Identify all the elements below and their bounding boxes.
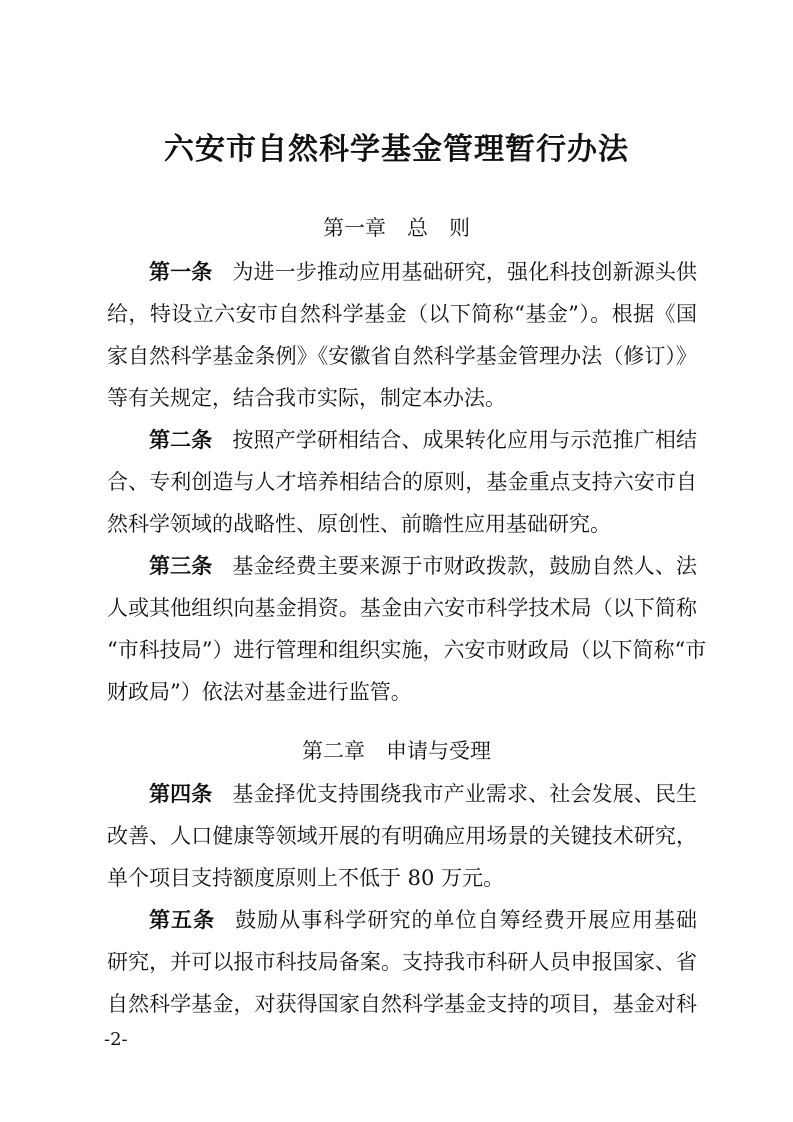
article-5-line-3: 自然科学基金，对获得国家自然科学基金支持的项目，基金对科 [107,988,697,1018]
article-5-line-2: 研究，并可以报市科技局备案。支持我市科研人员申报国家、省 [107,946,697,976]
article-label: 第四条 [149,782,212,806]
article-3-line-2: 人或其他组织向基金捐资。基金由六安市科学技术局（以下简称 [107,592,697,622]
article-5-line-1: 第五条鼓励从事科学研究的单位自筹经费开展应用基础 [149,904,697,934]
article-1-line-4: 等有关规定，结合我市实际，制定本办法。 [107,382,697,412]
article-text: 按照产学研相结合、成果转化应用与示范推广相结 [232,428,697,452]
document-title: 六安市自然科学基金管理暂行办法 [0,124,793,168]
article-2-line-1: 第二条按照产学研相结合、成果转化应用与示范推广相结 [149,424,697,454]
article-label: 第一条 [149,260,212,284]
article-3-line-1: 第三条基金经费主要来源于市财政拨款，鼓励自然人、法 [149,550,697,580]
article-label: 第五条 [149,908,215,932]
document-page: 六安市自然科学基金管理暂行办法 第一章 总 则 第一条为进一步推动应用基础研究，… [0,0,793,1122]
page-number: -2- [104,1029,128,1050]
article-label: 第二条 [149,428,212,452]
article-label: 第三条 [149,554,212,578]
chapter-heading-1: 第一章 总 则 [0,212,793,242]
article-1-line-2: 给，特设立六安市自然科学基金（以下简称“基金”）。根据《国 [107,298,697,328]
article-4-line-2: 改善、人口健康等领域开展的有明确应用场景的关键技术研究， [107,820,697,850]
article-2-line-2: 合、专利创造与人才培养相结合的原则，基金重点支持六安市自 [107,466,697,496]
article-text: 为进一步推动应用基础研究，强化科技创新源头供 [232,260,697,284]
article-text: 鼓励从事科学研究的单位自筹经费开展应用基础 [235,908,697,932]
article-text: 基金经费主要来源于市财政拨款，鼓励自然人、法 [232,554,697,578]
article-1-line-1: 第一条为进一步推动应用基础研究，强化科技创新源头供 [149,256,697,286]
article-3-line-4: 财政局”）依法对基金进行监管。 [107,676,697,706]
article-3-line-3: “市科技局”）进行管理和组织实施，六安市财政局（以下简称“市 [107,634,697,664]
chapter-heading-2: 第二章 申请与受理 [0,735,793,765]
article-2-line-3: 然科学领域的战略性、原创性、前瞻性应用基础研究。 [107,508,697,538]
article-1-line-3: 家自然科学基金条例》《安徽省自然科学基金管理办法（修订）》 [107,340,697,370]
article-4-line-3: 单个项目支持额度原则上不低于 80 万元。 [107,862,697,892]
article-text: 基金择优支持围绕我市产业需求、社会发展、民生 [232,782,697,806]
article-4-line-1: 第四条基金择优支持围绕我市产业需求、社会发展、民生 [149,778,697,808]
